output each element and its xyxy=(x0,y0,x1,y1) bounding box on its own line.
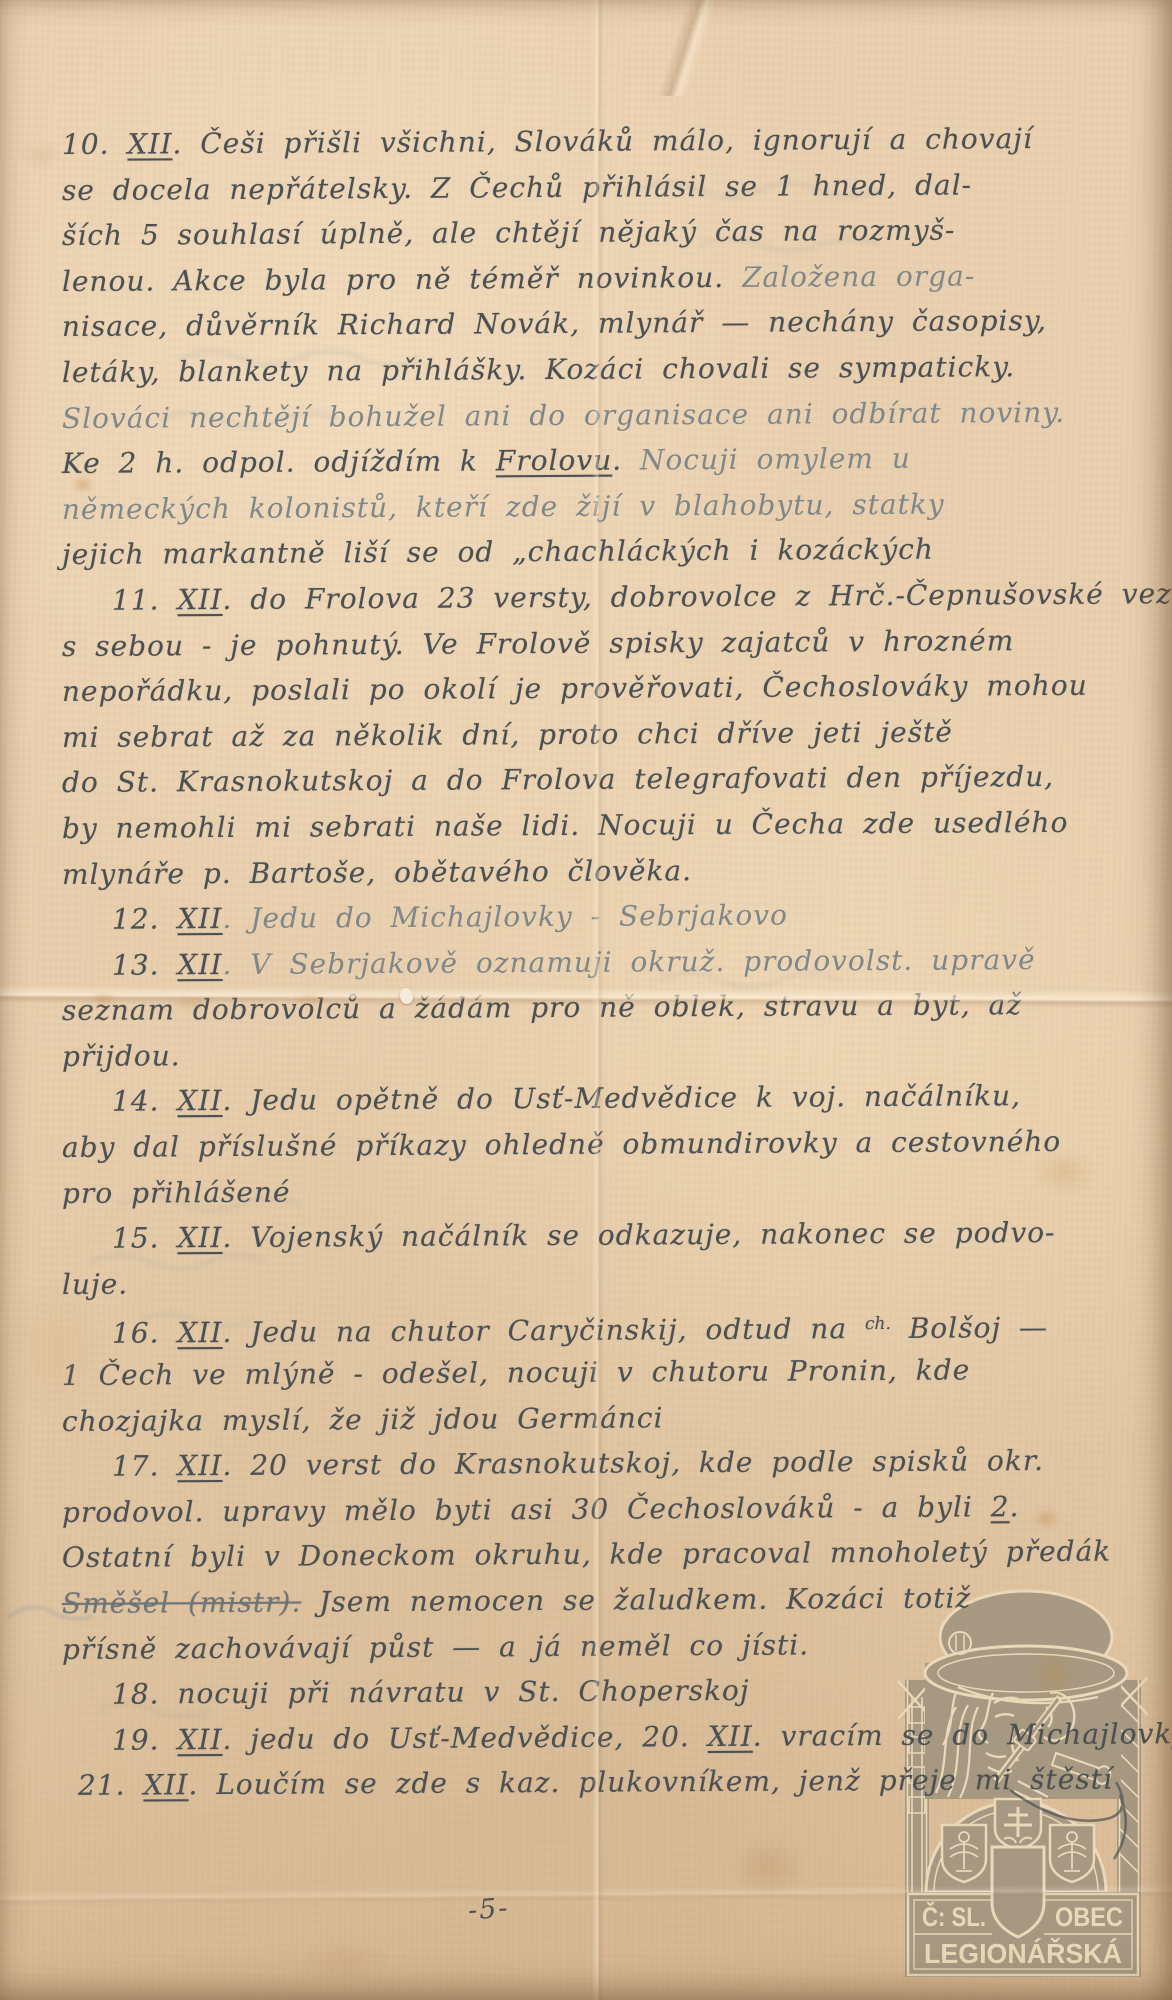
handwriting-segment: 19. xyxy=(112,1723,178,1756)
manuscript-line: nisace, důvěrník Richard Novák, mlynář —… xyxy=(62,298,1137,350)
manuscript-line: mi sebrat až za několik dní, proto chci … xyxy=(62,708,1137,760)
page-number: -5- xyxy=(467,1893,510,1927)
struck-word: Směšel (mistr). xyxy=(62,1586,302,1620)
manuscript-line: přijdou. xyxy=(62,1027,1137,1079)
handwriting-segment: 16. xyxy=(112,1317,178,1350)
manuscript-line: nepořádku, poslali po okolí je prověřova… xyxy=(62,663,1137,715)
handwriting-segment: letáky, blankety na přihlášky. Kozáci ch… xyxy=(62,350,1015,389)
manuscript-line: do St. Krasnokutskoj a do Frolova telegr… xyxy=(62,754,1137,806)
handwriting-segment: se docela nepřátelsky. Z Čechů přihlásil… xyxy=(62,168,972,207)
manuscript-line: ších 5 souhlasí úplně, ale chtějí nějaký… xyxy=(62,207,1137,259)
underlined-word: Frolovu xyxy=(496,444,613,478)
scanned-diary-page: Č: SL. OBEC LEGIONÁŘSKÁ 10. XII. Češi př… xyxy=(0,0,1172,2000)
manuscript-line: letáky, blankety na přihlášky. Kozáci ch… xyxy=(62,343,1137,395)
handwriting-segment: 21. xyxy=(78,1769,144,1802)
manuscript-line: 21. XII. Loučím se zde s kaz. plukovníke… xyxy=(62,1757,1137,1809)
handwriting-segment: . jedu do Usť-Medvědice, 20. xyxy=(222,1720,707,1756)
handwriting-segment: . 20 verst do Krasnokutskoj, kde podle s… xyxy=(222,1444,1044,1482)
manuscript-line: aby dal příslušné příkazy ohledně obmund… xyxy=(62,1118,1137,1170)
handwriting-segment: prodovol. upravy mělo byti asi 30 Čechos… xyxy=(62,1490,991,1529)
diary-text: 10. XII. Češi přišli všichni, Slováků má… xyxy=(62,122,1137,1809)
underlined-word: XII xyxy=(177,1723,222,1756)
manuscript-line: chozjajka myslí, že již jdou Germánci xyxy=(62,1392,1137,1444)
handwriting-segment: Ke 2 h. odpol. odjíždím k xyxy=(62,445,496,481)
manuscript-line: 14. XII. Jedu opětně do Usť-Medvědice k … xyxy=(62,1073,1137,1125)
manuscript-line: Směšel (mistr). Jsem nemocen se žaludkem… xyxy=(62,1574,1137,1626)
handwriting-segment: 17. xyxy=(112,1450,178,1483)
manuscript-line: by nemohli mi sebrati naše lidi. Nocuji … xyxy=(62,799,1137,851)
manuscript-line: 17. XII. 20 verst do Krasnokutskoj, kde … xyxy=(62,1438,1137,1490)
handwriting-segment: . do Frolova 23 versty, dobrovolce z Hrč… xyxy=(222,577,1172,616)
underlined-word: XII xyxy=(177,902,222,935)
handwriting-segment: 1 Čech ve mlýně - odešel, nocuji v chuto… xyxy=(62,1353,970,1392)
handwriting-segment: pro přihlášené xyxy=(62,1175,291,1209)
handwriting-segment: seznam dobrovolců a žádám pro ně oblek, … xyxy=(62,988,1022,1027)
handwriting-segment: luje. xyxy=(62,1267,128,1300)
handwriting-segment: mi sebrat až za několik dní, proto chci … xyxy=(62,715,953,753)
handwriting-segment: Jsem nemocen se žaludkem. Kozáci totiž xyxy=(301,1581,971,1618)
handwriting-segment: . xyxy=(612,444,640,477)
manuscript-line: 10. XII. Češi přišli všichni, Slováků má… xyxy=(62,115,1137,167)
handwriting-segment: s sebou - je pohnutý. Ve Frolově spisky … xyxy=(62,624,1014,663)
handwriting-segment: jejich markantně liší se od „chachláckýc… xyxy=(62,533,934,571)
handwriting-segment: ších 5 souhlasí úplně, ale chtějí nějaký… xyxy=(62,214,956,252)
manuscript-line: 16. XII. Jedu na chutor Caryčinskij, odt… xyxy=(62,1301,1137,1353)
handwriting-segment: . Vojenský načálník se odkazuje, nakonec… xyxy=(222,1216,1055,1254)
handwriting-segment: Slováci nechtějí bohužel ani do organisa… xyxy=(62,395,1065,434)
manuscript-line: Ostatní byli v Doneckom okruhu, kde prac… xyxy=(62,1529,1137,1581)
manuscript-line: 13. XII. V Sebrjakově oznamuji okruž. pr… xyxy=(62,936,1137,988)
handwriting-segment: . Loučím se zde s kaz. plukovníkem, jenž… xyxy=(188,1763,1113,1802)
handwriting-segment: mlynáře p. Bartoše, obětavého člověka. xyxy=(62,854,692,891)
handwriting-segment: přijdou. xyxy=(62,1039,181,1073)
manuscript-line: 11. XII. do Frolova 23 versty, dobrovolc… xyxy=(62,571,1137,623)
manuscript-line: 1 Čech ve mlýně - odešel, nocuji v chuto… xyxy=(62,1346,1137,1398)
underlined-word: XII xyxy=(127,127,172,160)
manuscript-line: přísně zachovávají půst — a já neměl co … xyxy=(62,1620,1137,1672)
handwriting-segment: nisace, důvěrník Richard Novák, mlynář —… xyxy=(62,304,1047,343)
stamp-text-legionarska: LEGIONÁŘSKÁ xyxy=(924,1938,1122,1969)
handwriting-segment: 15. xyxy=(112,1222,178,1255)
manuscript-line: jejich markantně liší se od „chachláckýc… xyxy=(62,526,1137,578)
handwriting-segment: chozjajka myslí, že již jdou Germánci xyxy=(62,1401,664,1438)
handwriting-segment: 14. xyxy=(112,1085,178,1118)
underlined-word: XII xyxy=(708,1720,753,1753)
handwriting-segment: ch. xyxy=(865,1314,891,1334)
handwriting-segment: . Jedu na chutor Caryčinskij, odtud na xyxy=(222,1313,865,1350)
paper-chip xyxy=(400,988,413,1004)
handwriting-segment: nepořádku, poslali po okolí je prověřova… xyxy=(62,669,1088,708)
handwriting-segment: přísně zachovávají půst — a já neměl co … xyxy=(62,1628,809,1666)
handwriting-segment: . Jedu do Michajlovky - Sebrjakovo xyxy=(222,899,788,935)
underlined-word: XII xyxy=(177,583,222,616)
handwriting-segment: . vracím se do Michajlovky xyxy=(753,1717,1172,1753)
handwriting-segment: 11. xyxy=(112,583,178,616)
handwriting-segment: Bolšoj — xyxy=(891,1311,1048,1345)
manuscript-line: se docela nepřátelsky. Z Čechů přihlásil… xyxy=(62,161,1137,213)
underlined-word: XII xyxy=(177,1084,222,1117)
manuscript-line: 12. XII. Jedu do Michajlovky - Sebrjakov… xyxy=(62,891,1137,943)
handwriting-segment: by nemohli mi sebrati naše lidi. Nocuji … xyxy=(62,806,1069,845)
manuscript-line: s sebou - je pohnutý. Ve Frolově spisky … xyxy=(62,617,1137,669)
underlined-word: XII xyxy=(177,1449,222,1482)
handwriting-segment: aby dal příslušné příkazy ohledně obmund… xyxy=(62,1125,1061,1164)
underlined-word: XII xyxy=(177,948,222,981)
handwriting-segment: německých kolonistů, kteří zde žijí v bl… xyxy=(62,487,945,525)
manuscript-line: prodovol. upravy mělo byti asi 30 Čechos… xyxy=(62,1483,1137,1535)
underlined-word: 2 xyxy=(991,1490,1010,1523)
handwriting-segment: do St. Krasnokutskoj a do Frolova telegr… xyxy=(62,760,1054,799)
manuscript-line: mlynáře p. Bartoše, obětavého člověka. xyxy=(62,845,1137,897)
handwriting-segment: . xyxy=(1009,1490,1019,1523)
manuscript-line: 19. XII. jedu do Usť-Medvědice, 20. XII.… xyxy=(62,1711,1137,1763)
handwriting-segment: Nocuji omylem u xyxy=(640,442,911,477)
manuscript-line: 15. XII. Vojenský načálník se odkazuje, … xyxy=(62,1210,1137,1262)
handwriting-segment: Založena orga- xyxy=(742,259,975,293)
manuscript-line: seznam dobrovolců a žádám pro ně oblek, … xyxy=(62,982,1137,1034)
handwriting-segment: lenou. Akce byla pro ně téměř novinkou. xyxy=(62,261,742,298)
stamp-text-obec: OBEC xyxy=(1055,1902,1123,1932)
manuscript-line: 18. nocuji při návratu v St. Choperskoj xyxy=(62,1666,1137,1718)
underlined-word: XII xyxy=(177,1316,222,1349)
handwriting-segment: . Češi přišli všichni, Slováků málo, ign… xyxy=(172,122,1033,160)
handwriting-segment: 13. xyxy=(112,948,178,981)
handwriting-segment: . Jedu opětně do Usť-Medvědice k voj. na… xyxy=(222,1080,1021,1118)
underlined-word: XII xyxy=(177,1221,222,1254)
manuscript-line: německých kolonistů, kteří zde žijí v bl… xyxy=(62,480,1137,532)
handwriting-segment: . V Sebrjakově oznamuji okruž. prodovols… xyxy=(222,943,1035,981)
stamp-text-csl: Č: SL. xyxy=(922,1901,986,1932)
manuscript-line: Ke 2 h. odpol. odjíždím k Frolovu. Nocuj… xyxy=(62,435,1137,487)
manuscript-line: Slováci nechtějí bohužel ani do organisa… xyxy=(62,389,1137,441)
manuscript-line: lenou. Akce byla pro ně téměř novinkou. … xyxy=(62,252,1137,304)
manuscript-line: pro přihlášené xyxy=(62,1164,1137,1216)
underlined-word: XII xyxy=(143,1769,188,1802)
handwriting-segment: 10. xyxy=(62,128,128,161)
handwriting-segment: 12. xyxy=(112,902,178,935)
handwriting-segment: 18. nocuji při návratu v St. Choperskoj xyxy=(112,1674,750,1711)
handwriting-segment: Ostatní byli v Doneckom okruhu, kde prac… xyxy=(62,1535,1111,1574)
manuscript-line: luje. xyxy=(62,1255,1137,1307)
